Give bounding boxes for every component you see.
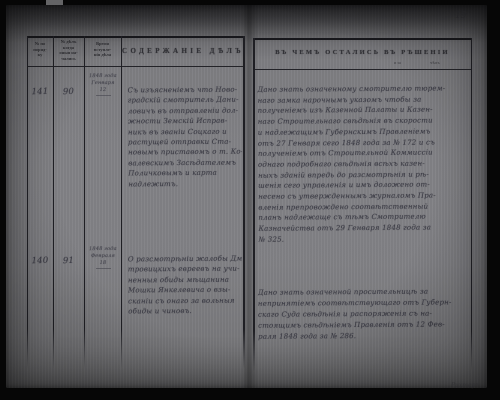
entry1-order-number: 141	[27, 87, 53, 98]
handwritten-line: растущей отправки Ста-	[128, 137, 242, 148]
left-table-border-right	[243, 36, 245, 369]
handwritten-line: новымъ приставомъ о т. Ко-	[128, 147, 242, 158]
handwritten-line: № 325.	[258, 233, 468, 245]
entry1-summary-text: Съ изъясненіемъ что Ново-градскій смотри…	[128, 85, 243, 190]
handwritten-line: чались	[61, 56, 75, 62]
paper-spread: 19 № попоряд-ку № дѣлъкогдаоныя на-чалис…	[6, 5, 487, 388]
handwritten-line: Поличковымъ и карта	[128, 168, 242, 179]
left-col-header-case-no: № дѣлъкогдаоныя на-чались	[53, 39, 84, 61]
right-header-subnote-2: чѣмъ	[430, 60, 440, 65]
handwritten-line: Мошки Янкелевича о взы-	[128, 285, 242, 296]
right-table-border-right	[471, 38, 472, 371]
left-table-col-rule-1	[53, 36, 54, 369]
left-main-column-header: СОДЕРЖАНІЕ ДѢЛЪ	[122, 47, 243, 55]
right-table-top-border	[253, 38, 472, 40]
handwritten-line: Съ изъясненіемъ что Ново-	[128, 85, 242, 96]
left-table-top-border	[27, 36, 244, 38]
page-number: 19	[455, 11, 466, 21]
right-main-column-header: ВЪ ЧЕМЪ ОСТАЛИСЬ ВЪ РѢШЕНІИ	[256, 49, 469, 56]
left-table-col-rule-3	[121, 36, 122, 369]
clerk-signature-mark: Рихтеръ	[451, 382, 479, 389]
handwritten-line: ненныя обиды мѣщанина	[128, 274, 242, 285]
entry1-date-underline	[96, 95, 111, 96]
handwritten-line: надлежитъ.	[128, 178, 242, 189]
scanned-register-spread: 19 № попоряд-ку № дѣлъкогдаоныя на-чалис…	[0, 0, 500, 400]
handwritten-line: ку	[38, 52, 43, 58]
handwritten-line: сканіи съ онаго за вольныя	[128, 295, 242, 306]
entry2-date: 1848 годаФевраля18	[85, 246, 121, 267]
left-col-header-order-no: № попоряд-ку	[27, 41, 53, 58]
handwritten-line: градскій смотритель Дани-	[128, 95, 242, 106]
handwritten-line: непринятіемъ соотвѣтствующаго отъ Губерн…	[258, 297, 468, 309]
entry2-date-underline	[96, 268, 111, 269]
right-table-border-left	[253, 38, 255, 371]
handwritten-line: 18	[85, 259, 121, 266]
left-table-border-left	[27, 36, 28, 369]
left-col-header-entry-date: Времявступле-нія дѣла	[84, 41, 121, 58]
handwritten-line: раля 1848 года за № 286.	[258, 330, 468, 342]
left-table-header-rule	[27, 66, 244, 67]
handwritten-line: О разсмотрѣніи жалобы Дми-	[128, 254, 242, 265]
handwritten-line: никъ въ званіи Соцкаго и	[128, 126, 242, 137]
handwritten-line: 1848 года	[85, 246, 121, 253]
handwritten-line: Дано знать означенному смотрителю тюрем-	[257, 83, 467, 95]
handwritten-line: жности Земскій Исправ-	[128, 116, 242, 127]
resolution1-text: Дано знать означенному смотрителю тюрем-…	[257, 83, 468, 245]
handwritten-line: стоящимъ свѣдѣніемъ Правленія отъ 12 Фев…	[258, 319, 468, 331]
handwritten-line: тровицкихъ евреевъ на учи-	[128, 264, 242, 275]
entry1-journal-number: 90	[53, 86, 84, 97]
handwritten-line: валевскимъ Засѣдателемъ	[128, 157, 242, 168]
entry2-order-number: 140	[27, 256, 53, 267]
right-header-subnote-1: и за	[394, 60, 401, 65]
entry2-journal-number: 91	[53, 255, 84, 266]
handwritten-line: ловичъ въ отправленіи дол-	[128, 105, 242, 116]
handwritten-line: 12	[85, 86, 121, 93]
entry1-date: 1848 годаГенваря12	[85, 73, 121, 94]
handwritten-line: обиды и чиновъ.	[128, 306, 242, 317]
right-table-header-rule	[253, 69, 472, 70]
handwritten-line: нія дѣла	[94, 52, 111, 58]
entry2-summary-text: О разсмотрѣніи жалобы Дми-тровицкихъ евр…	[128, 254, 242, 317]
handwritten-line: 1848 года	[85, 73, 121, 80]
resolution2-text: Дано знать означенной просительницѣ зане…	[258, 286, 468, 342]
